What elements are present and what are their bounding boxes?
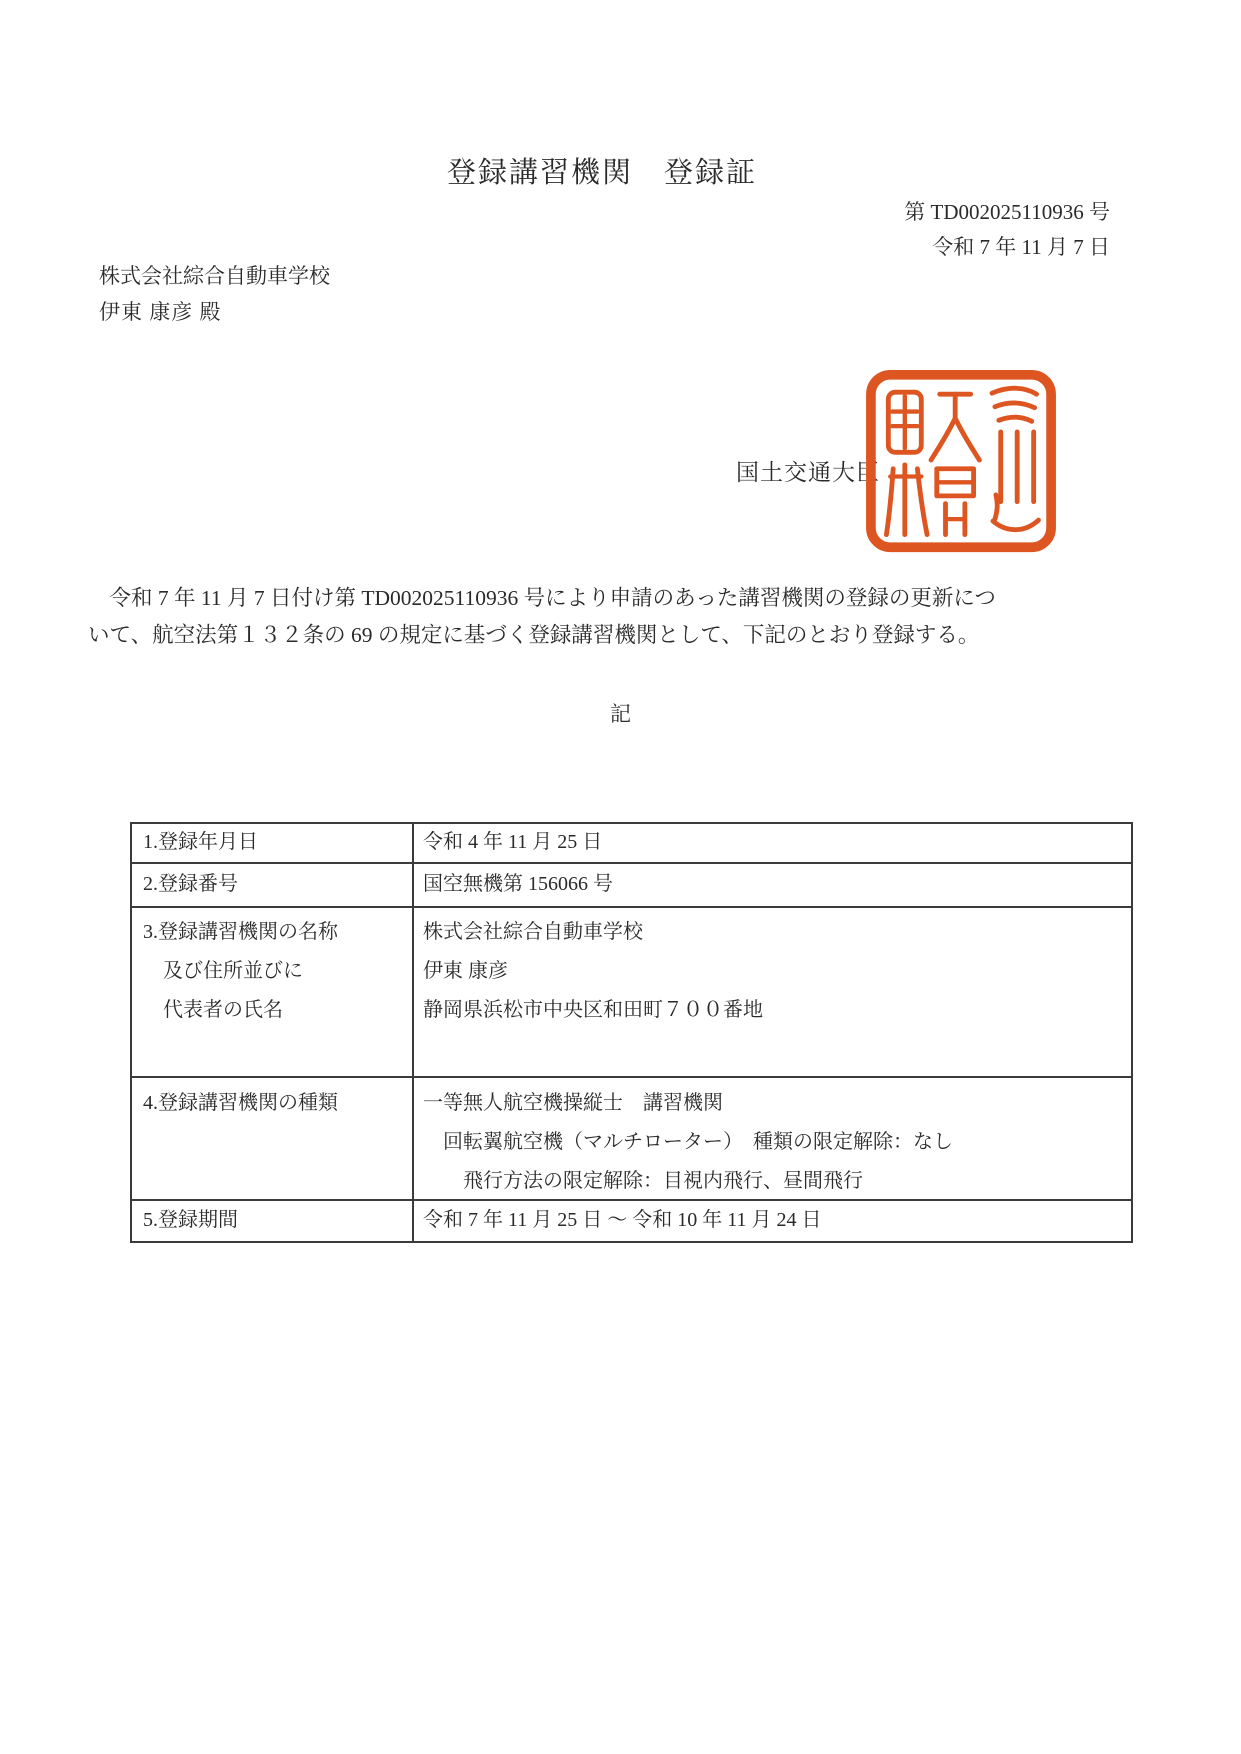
table-row: 1.登録年月日 令和 4 年 11 月 25 日 <box>132 824 1131 862</box>
certificate-title: 登録講習機関 登録証 <box>0 150 1204 191</box>
row-value: 令和 7 年 11 月 25 日 ～ 令和 10 年 11 月 24 日 <box>414 1201 1131 1241</box>
certificate-page: 登録講習機関 登録証 第 TD002025110936 号 令和 7 年 11 … <box>0 0 1241 1754</box>
label-line: 2.登録番号 <box>143 864 412 905</box>
minister-seal-strokes <box>871 375 1051 547</box>
minister-seal-icon <box>864 368 1058 554</box>
registration-table: 1.登録年月日 令和 4 年 11 月 25 日 2.登録番号 国空無機第 15… <box>130 822 1133 1243</box>
value-line: 国空無機第 156066 号 <box>423 864 1131 905</box>
value-line: 令和 7 年 11 月 25 日 ～ 令和 10 年 11 月 24 日 <box>423 1201 1131 1240</box>
row-value: 一等無人航空機操縦士 講習機関 回転翼航空機（マルチローター） 種類の限定解除：… <box>414 1078 1131 1199</box>
row-label: 1.登録年月日 <box>132 824 414 862</box>
addressee-company: 株式会社綜合自動車学校 <box>99 260 330 290</box>
addressee-person: 伊東 康彦 殿 <box>99 296 222 326</box>
label-line: 3.登録講習機関の名称 <box>143 913 412 952</box>
value-line: 飛行方法の限定解除：目視内飛行、昼間飛行 <box>423 1162 1131 1201</box>
row-value: 国空無機第 156066 号 <box>414 864 1131 906</box>
table-row: 4.登録講習機関の種類 一等無人航空機操縦士 講習機関 回転翼航空機（マルチロー… <box>132 1076 1131 1199</box>
label-line: 及び住所並びに <box>143 952 412 991</box>
row-value: 株式会社綜合自動車学校 伊東 康彦 静岡県浜松市中央区和田町７００番地 <box>414 908 1131 1076</box>
issuer-title: 国土交通大臣 <box>736 454 880 487</box>
table-row: 5.登録期間 令和 7 年 11 月 25 日 ～ 令和 10 年 11 月 2… <box>132 1199 1131 1241</box>
body-line: 令和 7 年 11 月 7 日付け第 TD002025110936 号により申請… <box>88 580 1158 617</box>
notation-ki: 記 <box>0 698 1241 728</box>
row-label: 5.登録期間 <box>132 1201 414 1241</box>
row-label: 2.登録番号 <box>132 864 414 906</box>
value-line: 回転翼航空機（マルチローター） 種類の限定解除：なし <box>423 1123 1131 1162</box>
document-number: 第 TD002025110936 号 <box>904 196 1110 226</box>
label-line: 1.登録年月日 <box>143 824 412 861</box>
value-line: 伊東 康彦 <box>423 952 1131 991</box>
row-value: 令和 4 年 11 月 25 日 <box>414 824 1131 862</box>
table-row: 3.登録講習機関の名称 及び住所並びに 代表者の氏名 株式会社綜合自動車学校 伊… <box>132 906 1131 1076</box>
row-label: 4.登録講習機関の種類 <box>132 1078 414 1199</box>
value-line: 一等無人航空機操縦士 講習機関 <box>423 1084 1131 1123</box>
body-paragraph: 令和 7 年 11 月 7 日付け第 TD002025110936 号により申請… <box>88 580 1158 654</box>
value-line: 令和 4 年 11 月 25 日 <box>423 824 1131 861</box>
row-label: 3.登録講習機関の名称 及び住所並びに 代表者の氏名 <box>132 908 414 1076</box>
label-line: 5.登録期間 <box>143 1201 412 1240</box>
body-line: いて、航空法第１３２条の 69 の規定に基づく登録講習機関として、下記のとおり登… <box>88 617 1158 654</box>
value-line: 株式会社綜合自動車学校 <box>423 913 1131 952</box>
label-line: 4.登録講習機関の種類 <box>143 1084 412 1123</box>
value-line: 静岡県浜松市中央区和田町７００番地 <box>423 991 1131 1030</box>
table-row: 2.登録番号 国空無機第 156066 号 <box>132 862 1131 906</box>
issue-date: 令和 7 年 11 月 7 日 <box>932 231 1110 261</box>
label-line: 代表者の氏名 <box>143 991 412 1030</box>
